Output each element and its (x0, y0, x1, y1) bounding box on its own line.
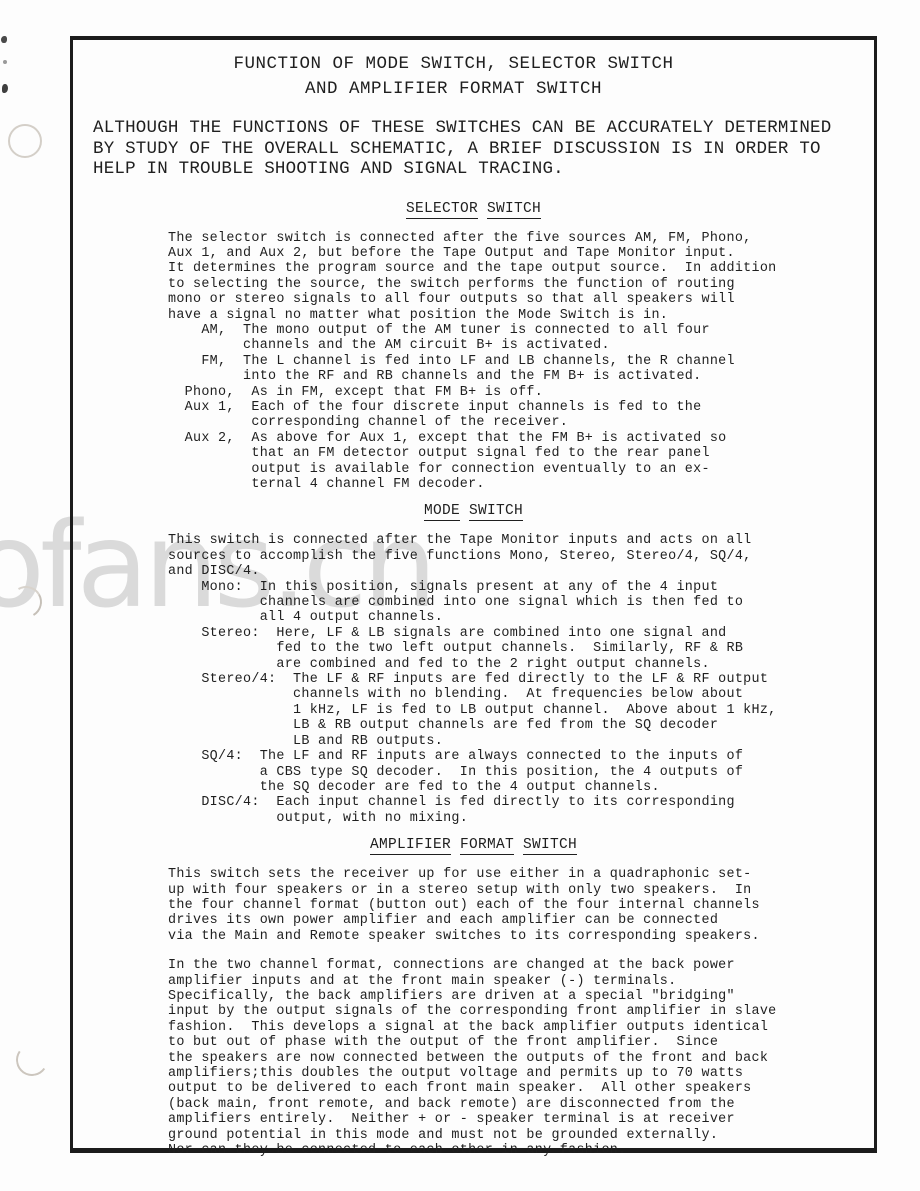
heading-word: SWITCH (469, 503, 523, 521)
scan-speck (3, 60, 7, 64)
heading-word: SWITCH (487, 201, 541, 219)
heading-word: SWITCH (523, 837, 577, 855)
heading-word: MODE (424, 503, 460, 521)
mode-switch-position-list: Mono: In this position, signals present … (168, 580, 874, 827)
page-title: FUNCTION OF MODE SWITCH, SELECTOR SWITCH… (73, 52, 874, 102)
punch-hole-mark (13, 1041, 50, 1078)
title-line-2: AND AMPLIFIER FORMAT SWITCH (73, 77, 834, 102)
scan-speck (2, 84, 8, 93)
punch-hole-mark (8, 124, 42, 158)
selector-switch-paragraph: The selector switch is connected after t… (168, 231, 874, 323)
heading-word: FORMAT (460, 837, 514, 855)
scanned-document-page: iofans.cn FUNCTION OF MODE SWITCH, SELEC… (0, 0, 920, 1191)
selector-switch-position-list: AM, The mono output of the AM tuner is c… (168, 323, 874, 492)
heading-word: AMPLIFIER (370, 837, 451, 855)
heading-word: SELECTOR (406, 201, 478, 219)
section-heading-mode-switch: MODESWITCH (73, 504, 874, 519)
amplifier-format-paragraph-2: In the two channel format, connections a… (168, 958, 874, 1158)
section-heading-selector-switch: SELECTORSWITCH (73, 202, 874, 217)
amplifier-format-paragraph-1: This switch sets the receiver up for use… (168, 867, 874, 944)
section-heading-amplifier-format-switch: AMPLIFIERFORMATSWITCH (73, 838, 874, 853)
intro-paragraph: ALTHOUGH THE FUNCTIONS OF THESE SWITCHES… (93, 118, 864, 180)
title-line-1: FUNCTION OF MODE SWITCH, SELECTOR SWITCH (73, 52, 834, 77)
document-border-box: FUNCTION OF MODE SWITCH, SELECTOR SWITCH… (70, 36, 877, 1153)
scan-speck (1, 36, 7, 43)
mode-switch-paragraph: This switch is connected after the Tape … (168, 533, 874, 579)
